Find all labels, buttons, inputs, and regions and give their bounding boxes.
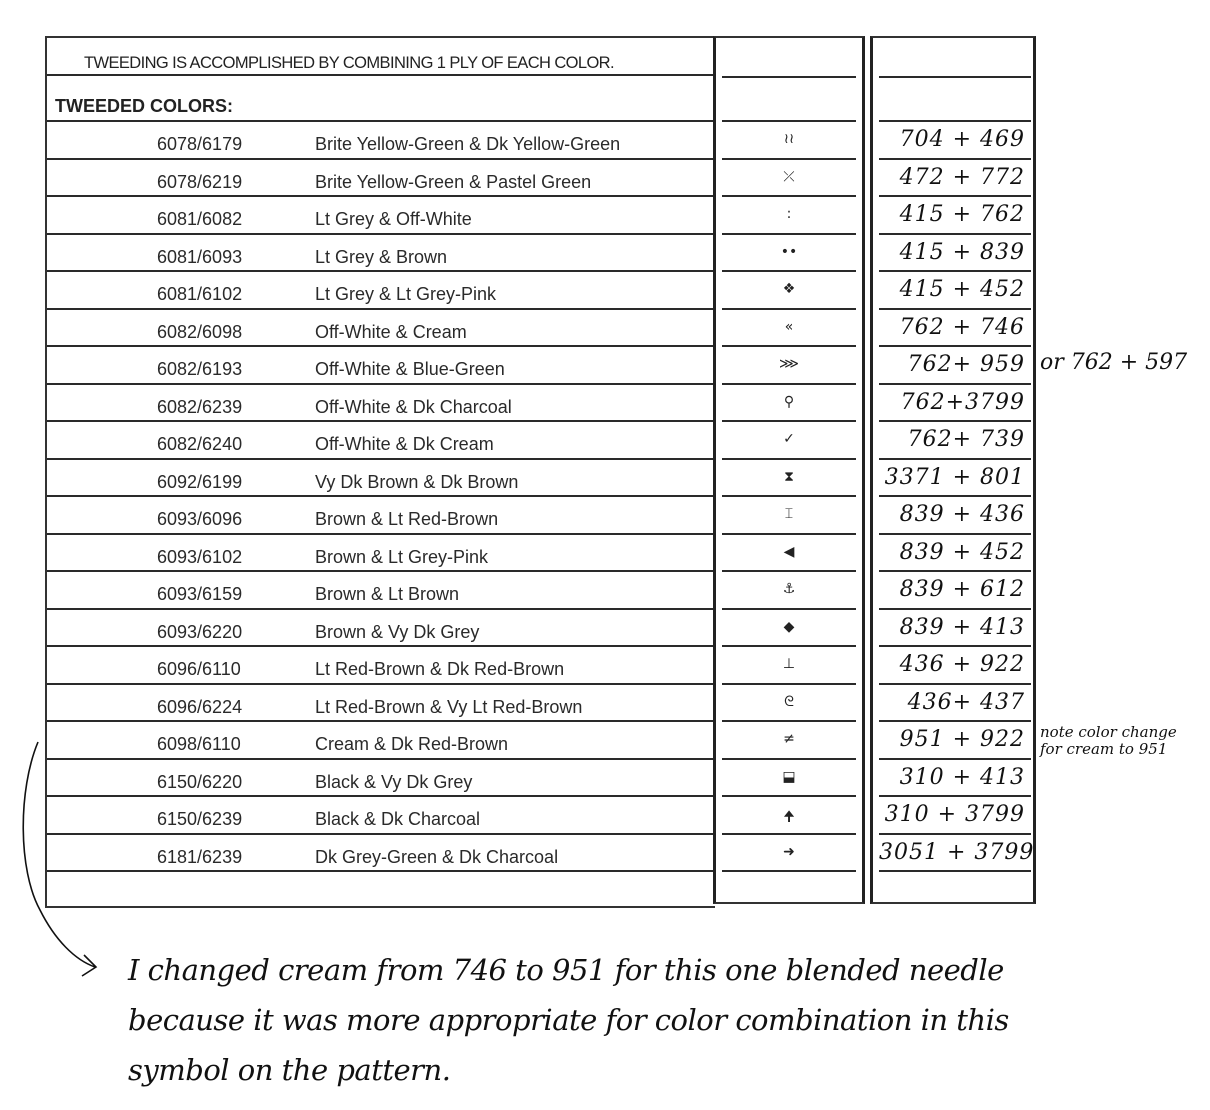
color-description: Lt Grey & Brown (315, 247, 447, 268)
color-change-note-line1: note color change (1040, 724, 1177, 741)
quad-diamond-icon: ❖ (722, 281, 856, 297)
h-bar-icon: ⌶ (722, 506, 856, 522)
floss-column: 704 + 469472 + 772415 + 762415 + 839415 … (870, 36, 1036, 904)
color-description: Off-White & Dk Cream (315, 434, 494, 455)
up-arrow-icon: 🠉 (722, 806, 856, 830)
symbol-cell: ≠ (722, 722, 856, 760)
floss-section-cell (879, 78, 1031, 122)
color-code: 6092/6199 (157, 472, 242, 493)
floss-cell: 839 + 436 (879, 497, 1031, 535)
color-description: Off-White & Blue-Green (315, 359, 505, 380)
floss-cell: 436+ 437 (879, 685, 1031, 723)
empty-row (722, 872, 856, 910)
cross-slash-icon: ⤫ (722, 169, 856, 185)
color-change-note-line2: for cream to 951 (1040, 741, 1177, 758)
color-description: Lt Grey & Lt Grey-Pink (315, 284, 496, 305)
table-row: 6092/6199Vy Dk Brown & Dk Brown (47, 460, 715, 498)
double-wave-icon: ≀≀ (722, 131, 856, 147)
symbol-cell: 🠉 (722, 797, 856, 835)
half-filled-square-icon: ⬓ (722, 769, 856, 785)
table-row: 6150/6220Black & Vy Dk Grey (47, 760, 715, 798)
symbol-cell: ◆ (722, 610, 856, 648)
floss-cell: 415 + 452 (879, 272, 1031, 310)
color-description: Cream & Dk Red-Brown (315, 734, 508, 755)
color-description: Lt Grey & Off-White (315, 209, 472, 230)
floss-cell: 704 + 469 (879, 122, 1031, 160)
symbol-cell: ➜ (722, 835, 856, 873)
table-row: 6181/6239Dk Grey-Green & Dk Charcoal (47, 835, 715, 873)
floss-cell: 415 + 762 (879, 197, 1031, 235)
symbol-cell: ❖ (722, 272, 856, 310)
color-code: 6078/6179 (157, 134, 242, 155)
floss-numbers: 3371 + 801 (879, 465, 1025, 490)
color-code: 6082/6239 (157, 397, 242, 418)
empty-row (47, 872, 715, 910)
color-code: 6093/6159 (157, 584, 242, 605)
explanation-line3: symbol on the pattern. (128, 1045, 1009, 1095)
color-description: Dk Grey-Green & Dk Charcoal (315, 847, 558, 868)
table-row: 6082/6193Off-White & Blue-Green (47, 347, 715, 385)
table-row: 6082/6098Off-White & Cream (47, 310, 715, 348)
hourglass-icon: ⧗ (722, 469, 856, 485)
color-description: Brown & Lt Brown (315, 584, 459, 605)
color-description: Lt Red-Brown & Vy Lt Red-Brown (315, 697, 582, 718)
floss-numbers: 839 + 612 (879, 577, 1025, 602)
table-row: 6078/6219Brite Yellow-Green & Pastel Gre… (47, 160, 715, 198)
color-code: 6181/6239 (157, 847, 242, 868)
color-code: 6093/6220 (157, 622, 242, 643)
table-row: 6150/6239Black & Dk Charcoal (47, 797, 715, 835)
symbol-cell: « (722, 310, 856, 348)
floss-cell: 3371 + 801 (879, 460, 1031, 498)
floss-cell: 762+ 959 (879, 347, 1031, 385)
color-description: Brown & Lt Grey-Pink (315, 547, 488, 568)
symbol-header-cell (722, 38, 856, 78)
color-code: 6093/6096 (157, 509, 242, 530)
symbol-cell: ◀ (722, 535, 856, 573)
color-code: 6096/6110 (157, 659, 241, 680)
floss-numbers: 839 + 452 (879, 540, 1025, 565)
floss-numbers: 3051 + 3799 (879, 840, 1025, 865)
color-code: 6082/6193 (157, 359, 242, 380)
floss-numbers: 415 + 762 (879, 202, 1025, 227)
table-row: 6082/6239Off-White & Dk Charcoal (47, 385, 715, 423)
table-row: 6093/6159Brown & Lt Brown (47, 572, 715, 610)
color-code: 6081/6082 (157, 209, 242, 230)
floss-numbers: 839 + 436 (879, 502, 1025, 527)
spiral-icon: ᘓ (722, 694, 856, 710)
color-description: Vy Dk Brown & Dk Brown (315, 472, 518, 493)
color-code: 6081/6093 (157, 247, 242, 268)
table-row: 6096/6224Lt Red-Brown & Vy Lt Red-Brown (47, 685, 715, 723)
pin-icon: ⚲ (722, 394, 856, 410)
color-description: Black & Vy Dk Grey (315, 772, 472, 793)
floss-numbers: 704 + 469 (879, 127, 1025, 152)
colon-icon: : (722, 206, 856, 222)
explanation-line1: I changed cream from 746 to 951 for this… (128, 945, 1009, 995)
anchor-icon: ⚓ (722, 581, 856, 597)
symbol-cell: ✓ (722, 422, 856, 460)
floss-numbers: 310 + 3799 (879, 802, 1025, 827)
table-row: 6081/6082Lt Grey & Off-White (47, 197, 715, 235)
right-arrow-icon: ➜ (722, 844, 856, 860)
color-description: Black & Dk Charcoal (315, 809, 480, 830)
floss-cell: 951 + 922 (879, 722, 1031, 760)
symbol-cell: ⤫ (722, 160, 856, 198)
floss-numbers: 415 + 452 (879, 277, 1025, 302)
floss-numbers: 839 + 413 (879, 615, 1025, 640)
color-description: Off-White & Dk Charcoal (315, 397, 512, 418)
floss-cell: 415 + 839 (879, 235, 1031, 273)
floss-cell: 3051 + 3799 (879, 835, 1031, 873)
symbol-column: ≀≀⤫:••❖«⋙⚲✓⧗⌶◀⚓◆⊥ᘓ≠⬓🠉➜ (713, 36, 865, 904)
tweed-color-table: TWEEDING IS ACCOMPLISHED BY COMBINING 1 … (45, 36, 715, 908)
table-row: 6098/6110Cream & Dk Red-Brown (47, 722, 715, 760)
empty-row (879, 872, 1031, 910)
tweeding-instruction: TWEEDING IS ACCOMPLISHED BY COMBINING 1 … (84, 54, 614, 73)
header-row: TWEEDING IS ACCOMPLISHED BY COMBINING 1 … (47, 38, 715, 76)
color-code: 6082/6098 (157, 322, 242, 343)
floss-cell: 472 + 772 (879, 160, 1031, 198)
symbol-cell: ≀≀ (722, 122, 856, 160)
floss-numbers: 436 + 922 (879, 652, 1025, 677)
color-code: 6078/6219 (157, 172, 242, 193)
color-code: 6082/6240 (157, 434, 242, 455)
table-row: 6093/6096Brown & Lt Red-Brown (47, 497, 715, 535)
color-code: 6081/6102 (157, 284, 242, 305)
triple-slash-icon: ⋙ (722, 356, 856, 372)
floss-cell: 436 + 922 (879, 647, 1031, 685)
floss-cell: 762+ 739 (879, 422, 1031, 460)
two-dots-icon: •• (722, 244, 856, 260)
not-equal-divide-icon: ≠ (722, 731, 856, 747)
color-code: 6150/6220 (157, 772, 242, 793)
table-row: 6093/6102Brown & Lt Grey-Pink (47, 535, 715, 573)
floss-numbers: 762+ 739 (879, 427, 1025, 452)
table-row: 6081/6102Lt Grey & Lt Grey-Pink (47, 272, 715, 310)
floss-numbers: 951 + 922 (879, 727, 1025, 752)
half-flag-icon: ◀ (722, 544, 856, 560)
section-row (47, 76, 715, 122)
floss-numbers: 415 + 839 (879, 240, 1025, 265)
floss-cell: 839 + 612 (879, 572, 1031, 610)
color-description: Brite Yellow-Green & Pastel Green (315, 172, 591, 193)
symbol-cell: •• (722, 235, 856, 273)
color-code: 6150/6239 (157, 809, 242, 830)
color-description: Lt Red-Brown & Dk Red-Brown (315, 659, 564, 680)
floss-numbers: 472 + 772 (879, 165, 1025, 190)
floss-cell: 839 + 413 (879, 610, 1031, 648)
table-row: 6081/6093Lt Grey & Brown (47, 235, 715, 273)
color-code: 6093/6102 (157, 547, 242, 568)
diamond-icon: ◆ (722, 619, 856, 635)
floss-numbers: 762 + 746 (879, 315, 1025, 340)
up-tack-icon: ⊥ (722, 656, 856, 672)
color-change-note: note color change for cream to 951 (1040, 724, 1177, 758)
symbol-cell: ⋙ (722, 347, 856, 385)
floss-numbers: 310 + 413 (879, 765, 1025, 790)
color-code: 6096/6224 (157, 697, 242, 718)
symbol-cell: ᘓ (722, 685, 856, 723)
floss-numbers: 762+ 959 (879, 352, 1025, 377)
table-row: 6082/6240Off-White & Dk Cream (47, 422, 715, 460)
floss-numbers: 762+3799 (879, 390, 1025, 415)
floss-cell: 310 + 3799 (879, 797, 1031, 835)
symbol-section-cell (722, 78, 856, 122)
color-description: Brite Yellow-Green & Dk Yellow-Green (315, 134, 620, 155)
explanation-line2: because it was more appropriate for colo… (128, 995, 1009, 1045)
symbol-cell: ⬓ (722, 760, 856, 798)
symbol-cell: ⌶ (722, 497, 856, 535)
floss-cell: 762 + 746 (879, 310, 1031, 348)
symbol-cell: ⊥ (722, 647, 856, 685)
color-description: Off-White & Cream (315, 322, 467, 343)
symbol-cell: ⧗ (722, 460, 856, 498)
floss-cell: 310 + 413 (879, 760, 1031, 798)
color-description: Brown & Vy Dk Grey (315, 622, 479, 643)
table-row: 6096/6110Lt Red-Brown & Dk Red-Brown (47, 647, 715, 685)
floss-cell: 839 + 452 (879, 535, 1031, 573)
handwritten-explanation: I changed cream from 746 to 951 for this… (128, 945, 1009, 1095)
floss-cell: 762+3799 (879, 385, 1031, 423)
checkmark-icon: ✓ (722, 431, 856, 447)
symbol-cell: ⚲ (722, 385, 856, 423)
floss-numbers: 436+ 437 (879, 690, 1025, 715)
table-row: 6078/6179Brite Yellow-Green & Dk Yellow-… (47, 122, 715, 160)
floss-header-cell (879, 38, 1031, 78)
symbol-cell: ⚓ (722, 572, 856, 610)
symbol-cell: : (722, 197, 856, 235)
table-row: 6093/6220Brown & Vy Dk Grey (47, 610, 715, 648)
color-code: 6098/6110 (157, 734, 241, 755)
alternate-floss-note: or 762 + 597 (1040, 350, 1187, 375)
double-chevron-icon: « (722, 319, 856, 335)
color-description: Brown & Lt Red-Brown (315, 509, 498, 530)
